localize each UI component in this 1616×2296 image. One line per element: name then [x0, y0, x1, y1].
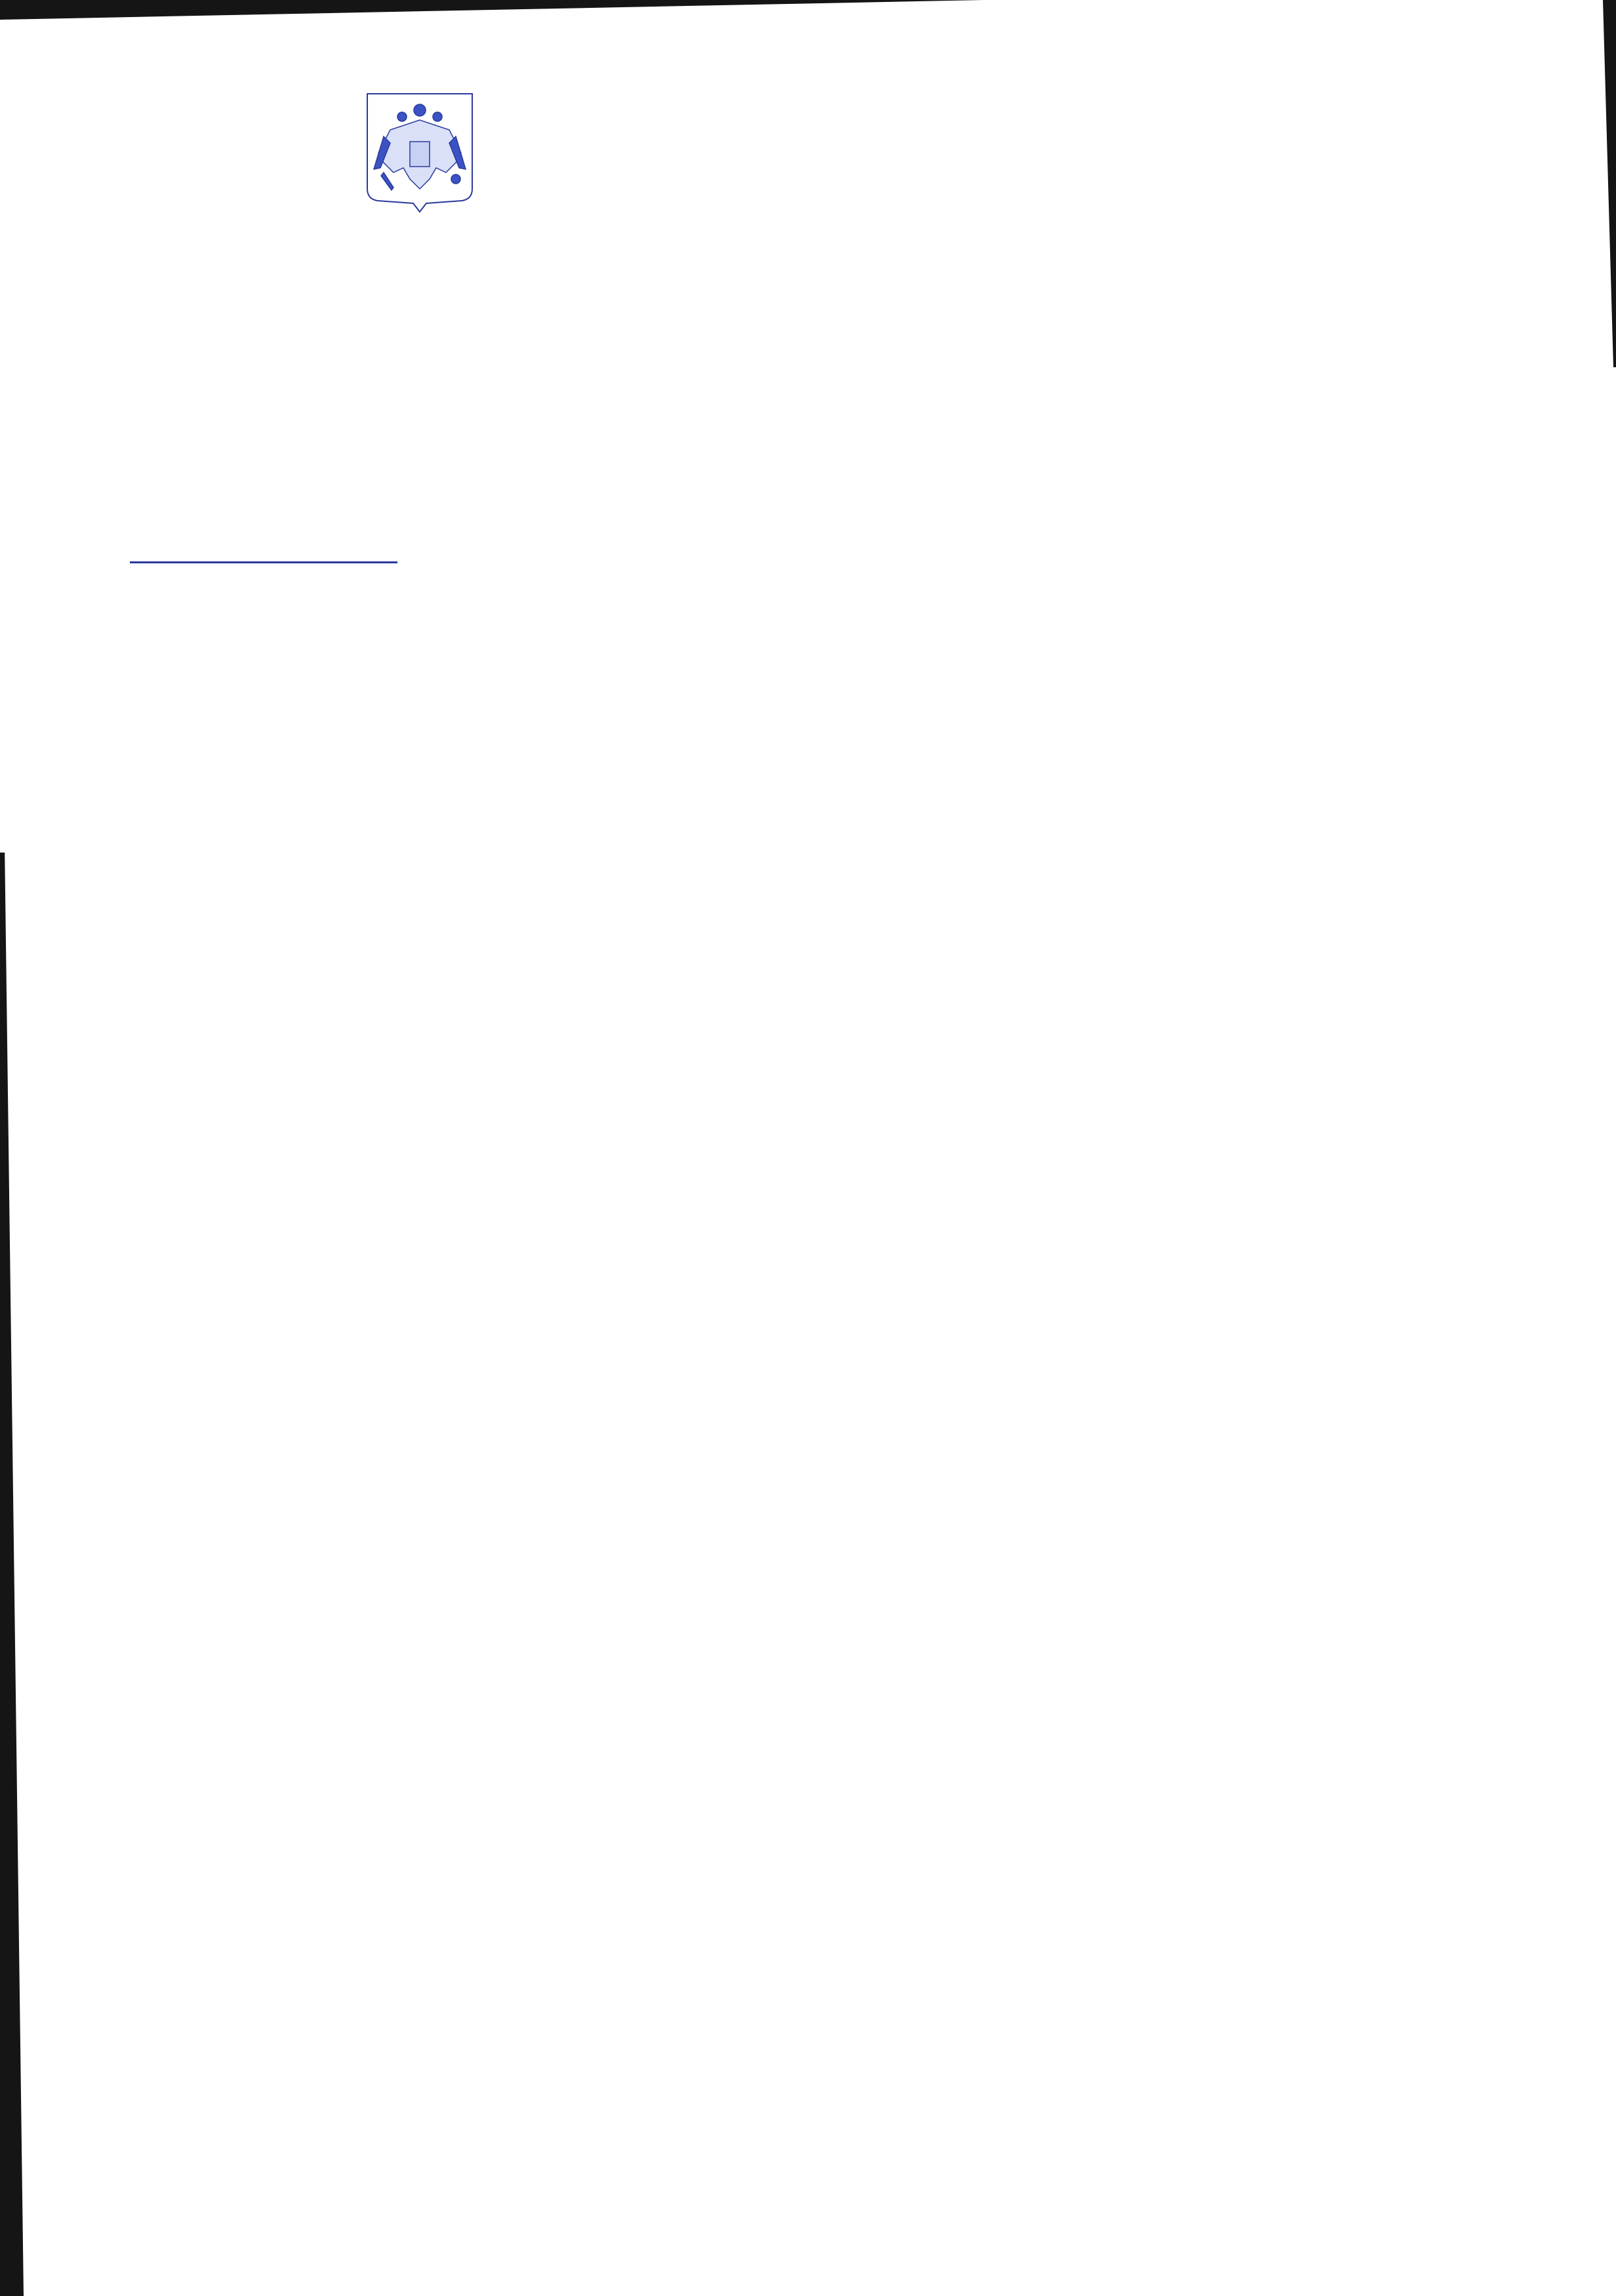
coat-of-arms-emblem — [364, 91, 475, 212]
scan-edge-top — [0, 0, 984, 20]
scan-edge-right — [1603, 0, 1616, 367]
scan-edge-left — [0, 853, 24, 2296]
date-underline — [130, 561, 397, 563]
